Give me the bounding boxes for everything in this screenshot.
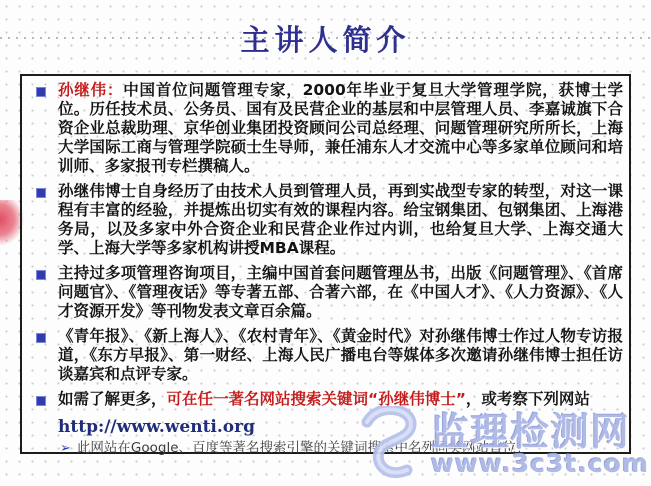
body-text: 主持过多项管理咨询项目，主编中国首套问题管理丛书，出版《问题管理》、《首席问题官… <box>58 264 623 320</box>
highlighted-text: 可在任一著名网站搜索关键词“孙继伟博士” <box>167 390 466 408</box>
bullet-item: 主持过多项管理咨询项目，主编中国首套问题管理丛书，出版《问题管理》、《首席问题官… <box>34 264 623 321</box>
bullet-text: 如需了解更多，可在任一著名网站搜索关键词“孙继伟博士”，或考察下列网站 <box>58 390 623 409</box>
body-text: 中国首位问题管理专家，2000年毕业于复旦大学管理学院，获博士学位。历任技术员、… <box>58 81 623 175</box>
highlighted-text: 孙继伟： <box>58 81 123 99</box>
bullet-square-icon <box>36 396 46 406</box>
wenti-link[interactable]: http://www.wenti.org <box>58 417 255 437</box>
body-text: ，或考察下列网站 <box>466 390 590 408</box>
bullet-text: 孙继伟：中国首位问题管理专家，2000年毕业于复旦大学管理学院，获博士学位。历任… <box>58 81 623 176</box>
content-box: 孙继伟：中国首位问题管理专家，2000年毕业于复旦大学管理学院，获博士学位。历任… <box>20 74 631 454</box>
bullet-list: 孙继伟：中国首位问题管理专家，2000年毕业于复旦大学管理学院，获博士学位。历任… <box>34 81 623 409</box>
body-text: 如需了解更多， <box>58 390 167 408</box>
bullet-square-icon <box>36 87 46 97</box>
bullet-item: 如需了解更多，可在任一著名网站搜索关键词“孙继伟博士”，或考察下列网站 <box>34 390 623 409</box>
bullet-item: 孙继伟博士自身经历了由技术人员到管理人员，再到实战型专家的转型，对这一课程有丰富… <box>34 182 623 258</box>
body-text: 《青年报》、《新上海人》、《农村青年》、《黄金时代》对孙继伟博士作过人物专访报道… <box>58 327 623 383</box>
sub-bullet-label: 此网站在Google、百度等著名搜索引擎的关键词搜索中名列同类网站首位！ <box>77 440 530 457</box>
page-title: 主讲人简介 <box>0 18 651 59</box>
sub-bullet: ➢ 此网站在Google、百度等著名搜索引擎的关键词搜索中名列同类网站首位！ <box>60 440 623 457</box>
bullet-square-icon <box>36 333 46 343</box>
presentation-slide: { "slide": { "title": "主讲人简介", "bullets"… <box>0 0 651 486</box>
body-text: 孙继伟博士自身经历了由技术人员到管理人员，再到实战型专家的转型，对这一课程有丰富… <box>58 182 623 257</box>
bullet-square-icon <box>36 188 46 198</box>
arrow-bullet-icon: ➢ <box>60 440 71 457</box>
bullet-text: 主持过多项管理咨询项目，主编中国首套问题管理丛书，出版《问题管理》、《首席问题官… <box>58 264 623 321</box>
bullet-item: 孙继伟：中国首位问题管理专家，2000年毕业于复旦大学管理学院，获博士学位。历任… <box>34 81 623 176</box>
bullet-text: 《青年报》、《新上海人》、《农村青年》、《黄金时代》对孙继伟博士作过人物专访报道… <box>58 327 623 384</box>
bullet-square-icon <box>36 270 46 280</box>
bullet-item: 《青年报》、《新上海人》、《农村青年》、《黄金时代》对孙继伟博士作过人物专访报道… <box>34 327 623 384</box>
bullet-text: 孙继伟博士自身经历了由技术人员到管理人员，再到实战型专家的转型，对这一课程有丰富… <box>58 182 623 258</box>
